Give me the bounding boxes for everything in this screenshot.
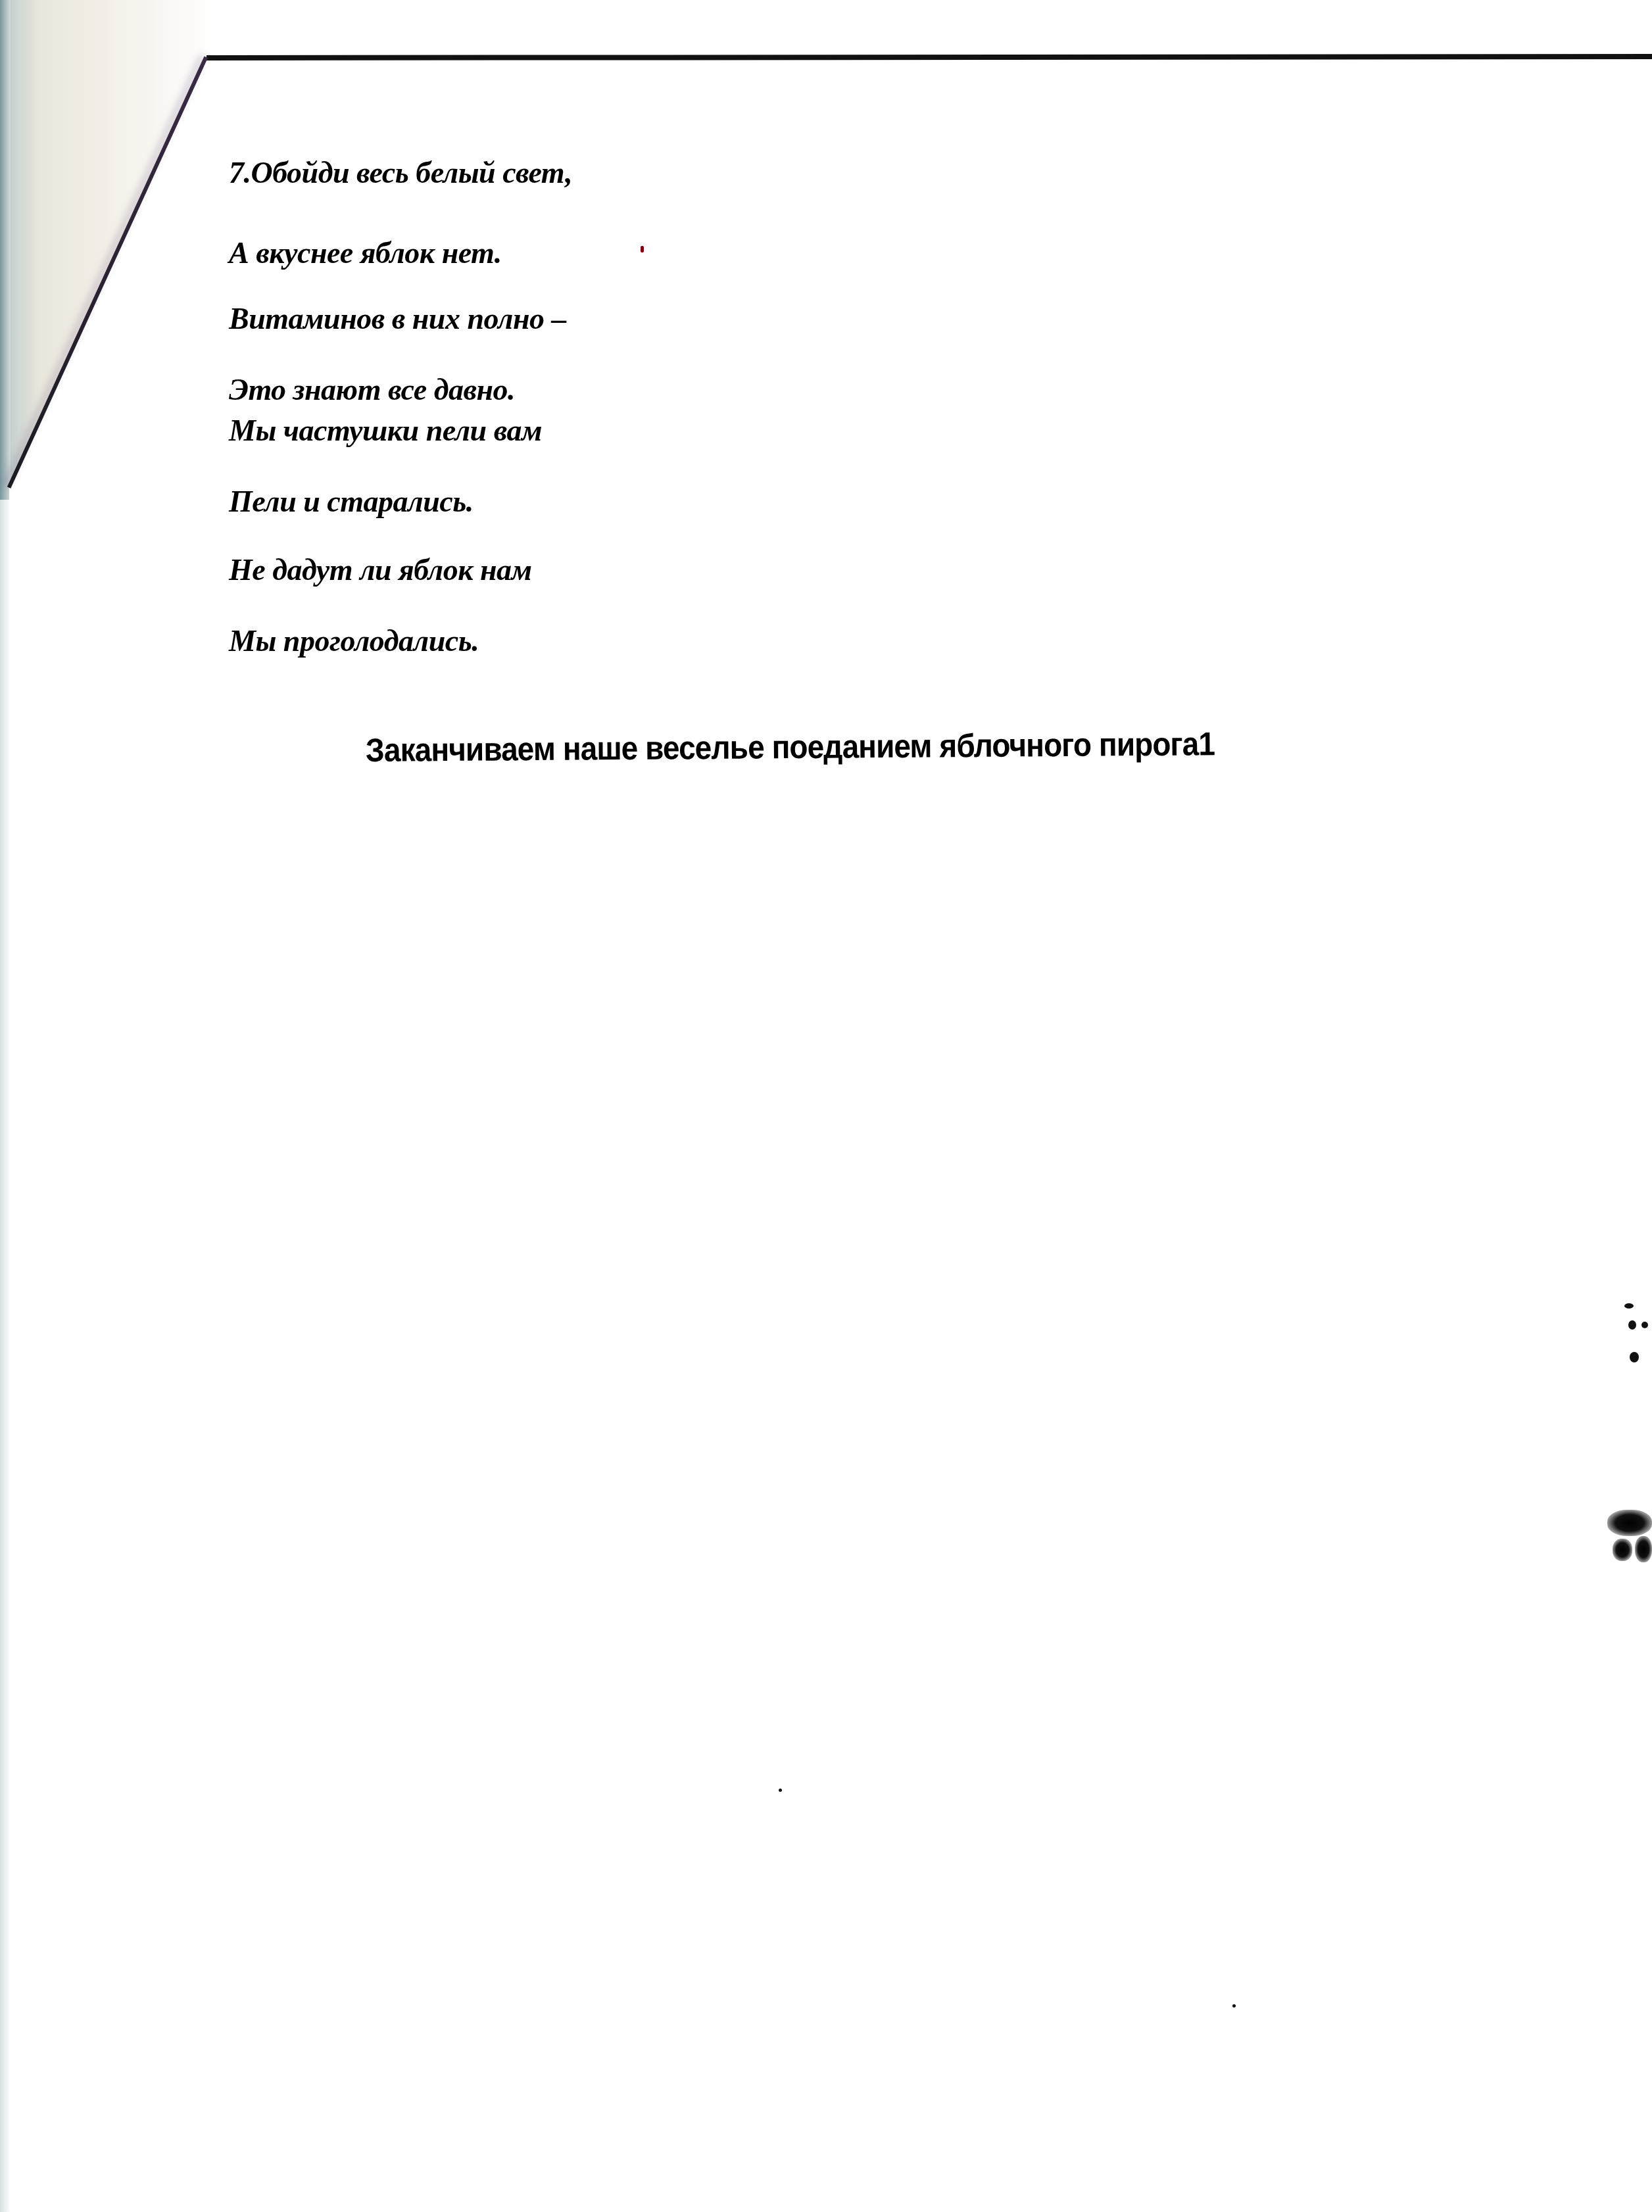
poem-line: А вкуснее яблок нет.: [229, 238, 502, 268]
poem-line: Мы частушки пели вам: [229, 416, 542, 446]
poem-line: Это знают все давно.: [229, 375, 515, 405]
scan-speck: [1232, 2004, 1236, 2008]
scan-speck: [1628, 1320, 1636, 1330]
closing-heading: Заканчиваем наше веселье поеданием яблоч…: [366, 725, 1215, 769]
poem-line: Не дадут ли яблок нам: [229, 555, 532, 585]
poem-line: Витаминов в них полно –: [229, 304, 566, 334]
scan-speck: [1630, 1352, 1639, 1362]
poem-line: Пели и старались.: [229, 487, 474, 517]
poem-line: 7.Обойди весь белый свет,: [229, 158, 572, 188]
scan-speck: [779, 1789, 782, 1792]
scan-smudge: [1613, 1539, 1632, 1561]
scan-smudge: [1635, 1536, 1652, 1562]
poem-line: Мы проголодались.: [229, 626, 479, 656]
scan-speck: [641, 246, 644, 252]
scanner-edge: [0, 0, 11, 2212]
scan-speck: [1624, 1303, 1634, 1309]
scan-smudge: [1607, 1510, 1652, 1536]
scan-speck: [1641, 1322, 1648, 1328]
